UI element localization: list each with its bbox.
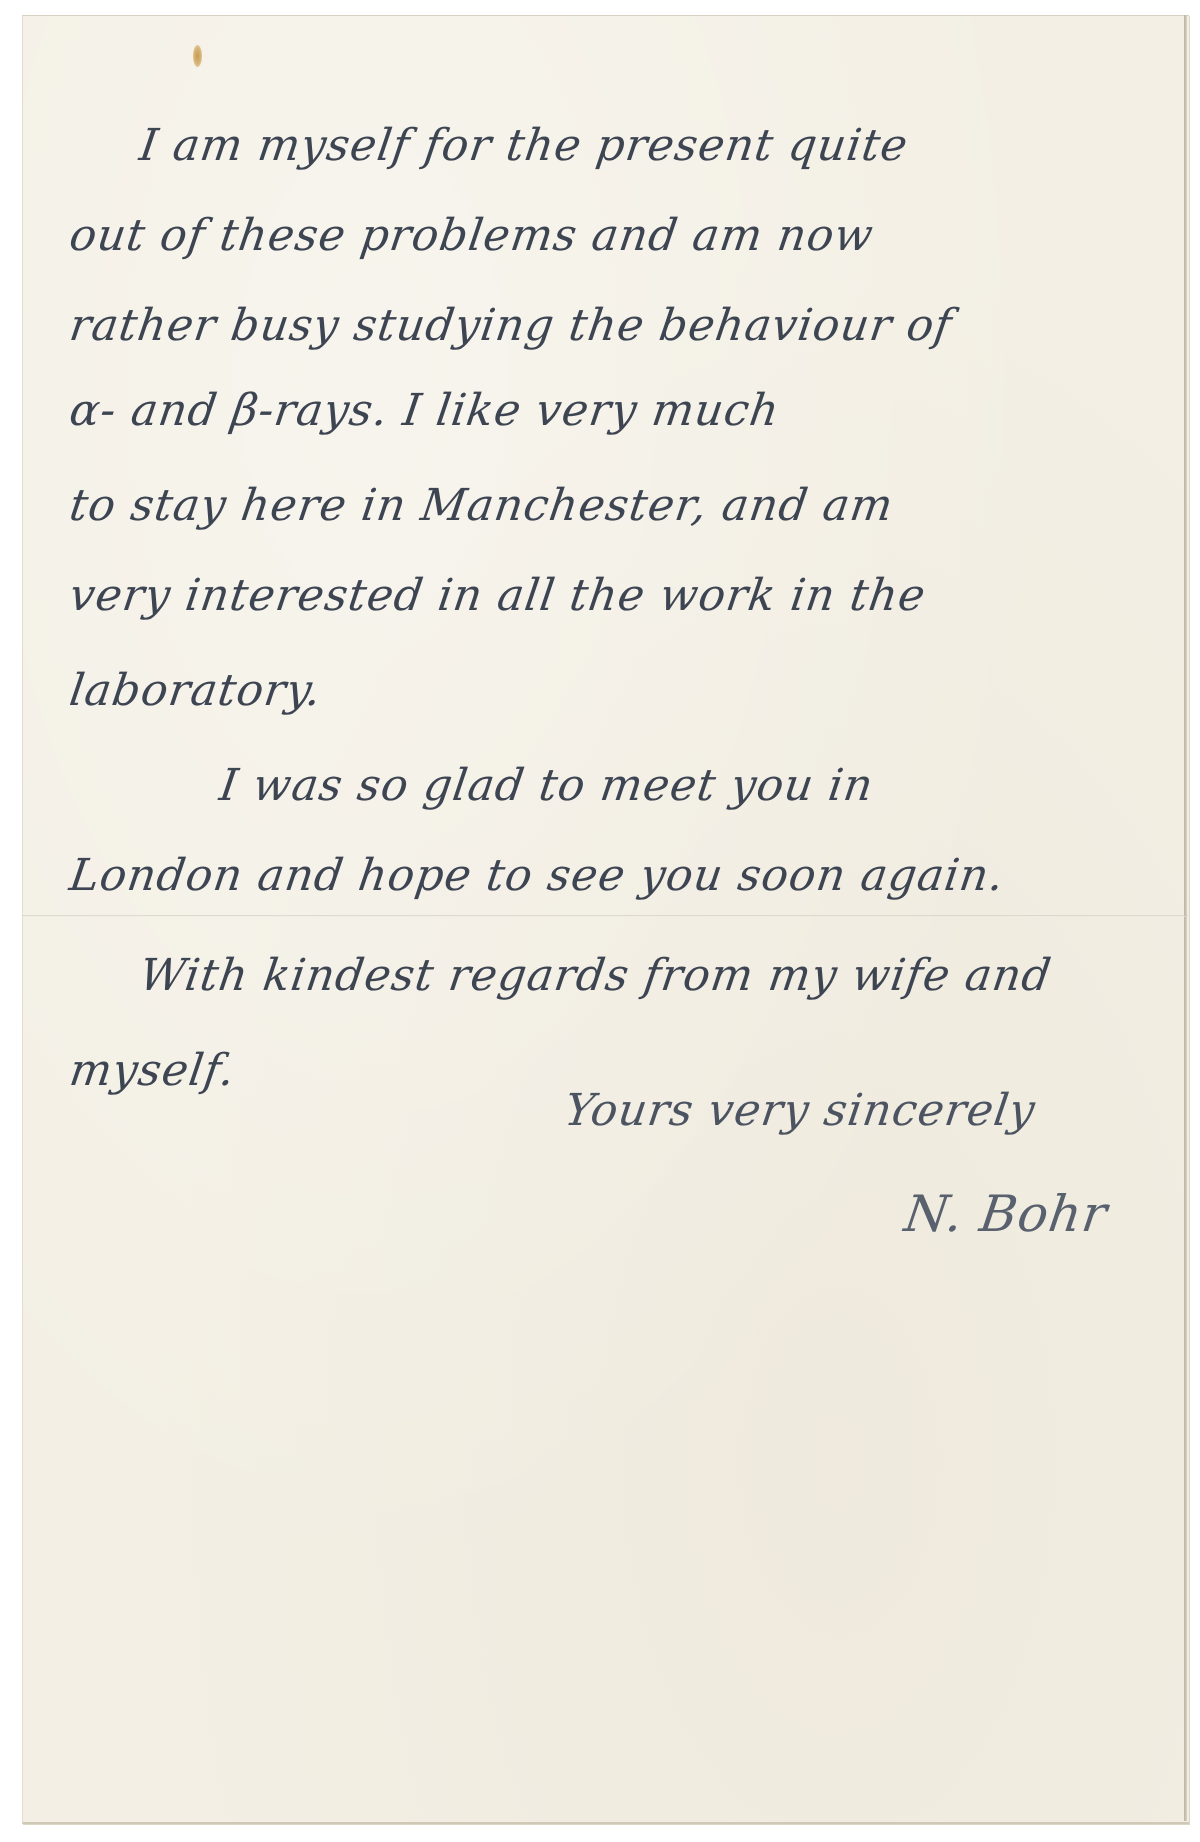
ink-stain — [193, 45, 202, 67]
page-right-edge — [1184, 15, 1187, 1821]
letter-page — [22, 15, 1189, 1824]
letter-line-10: With kindest regards from my wife and — [136, 950, 1054, 1001]
letter-line-8: I was so glad to meet you in — [216, 760, 876, 811]
letter-line-7: laboratory. — [66, 665, 325, 716]
letter-line-11: myself. — [66, 1045, 238, 1096]
letter-line-9: London and hope to see you soon again. — [66, 850, 1007, 901]
letter-line-1: I am myself for the present quite — [136, 120, 911, 171]
letter-line-5: to stay here in Manchester, and am — [66, 480, 896, 531]
letter-closing: Yours very sincerely — [561, 1085, 1038, 1136]
letter-line-6: very interested in all the work in the — [66, 570, 929, 621]
letter-signature: N. Bohr — [901, 1185, 1111, 1243]
letter-line-4: α- and β-rays. I like very much — [66, 385, 782, 436]
paper-fold-crease — [22, 915, 1188, 917]
letter-line-2: out of these problems and am now — [66, 210, 877, 261]
letter-line-3: rather busy studying the behaviour of — [66, 300, 955, 351]
